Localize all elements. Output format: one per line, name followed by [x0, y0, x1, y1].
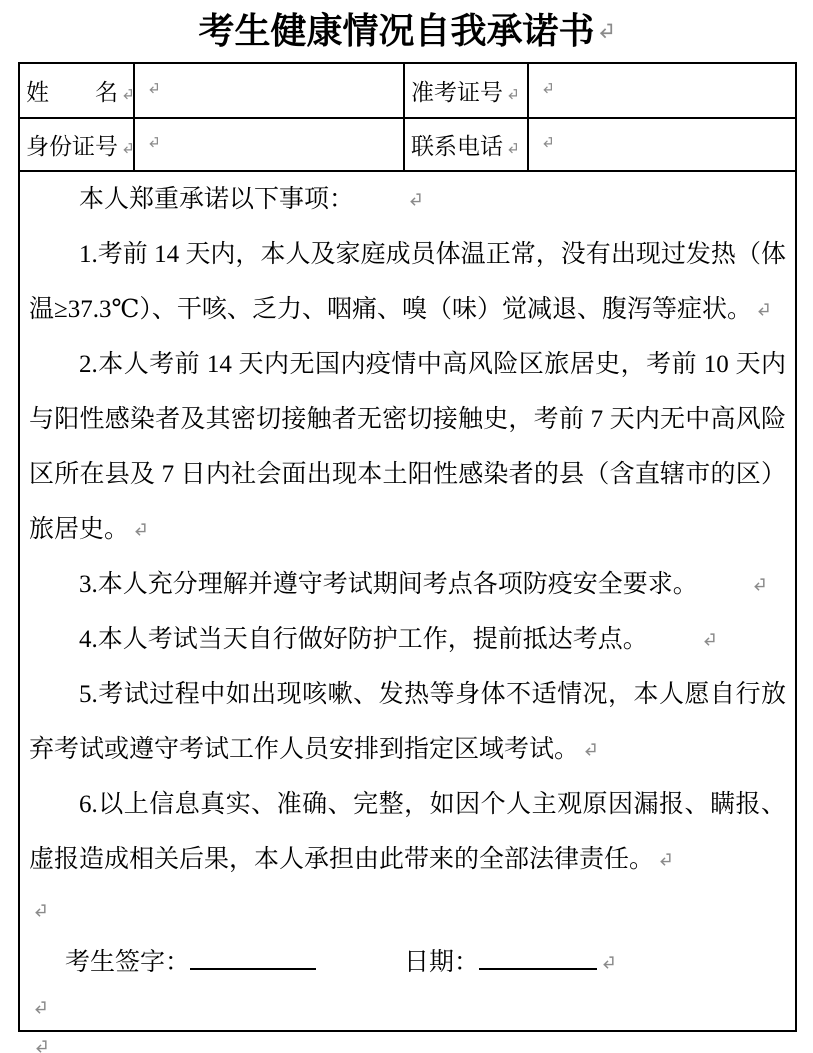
body-line: 温≥37.3℃）、干咳、乏力、咽痛、嗅（味）觉减退、腹泻等症状。 [29, 282, 786, 337]
empty-paragraph [29, 887, 786, 935]
paragraph-mark-icon [540, 136, 554, 149]
commitment-paragraphs: 本人郑重承诺以下事项：1.考前 14 天内，本人及家庭成员体温正常，没有出现过发… [29, 172, 786, 887]
body-line: 3.本人充分理解并遵守考试期间考点各项防疫安全要求。 [29, 557, 786, 612]
paragraph-mark-icon [31, 1000, 48, 1015]
body-line: 本人郑重承诺以下事项： [29, 172, 786, 227]
body-line: 与阳性感染者及其密切接触者无密切接触史，考前 7 天内无中高风险 [29, 392, 786, 447]
body-line: 虚报造成相关后果，本人承担由此带来的全部法律责任。 [29, 832, 786, 887]
id-number-value-cell[interactable] [134, 118, 404, 171]
body-line: 4.本人考试当天自行做好防护工作，提前抵达考点。 [29, 612, 786, 667]
body-line: 区所在县及 7 日内社会面出现本土阳性感染者的县（含直辖市的区） [29, 447, 786, 502]
name-label: 姓 名 [26, 80, 118, 105]
paragraph-mark-icon [700, 577, 717, 592]
paragraph-mark-icon [120, 88, 134, 101]
info-table: 姓 名 准考证号 身份证号 联系电话 本人郑重承诺以下事项：1.考前 14 天内… [18, 62, 797, 1032]
paragraph-mark-icon [540, 82, 554, 95]
document-page: 考生健康情况自我承诺书 姓 名 准考证号 身份证号 联系电话 本人郑重承诺以下事… [0, 0, 813, 1053]
body-line: 2.本人考前 14 天内无国内疫情中高风险区旅居史，考前 10 天内 [29, 337, 786, 392]
id-number-label: 身份证号 [26, 134, 118, 159]
admission-no-label-cell: 准考证号 [404, 63, 528, 118]
body-line: 1.考前 14 天内，本人及家庭成员体温正常，没有出现过发热（体 [29, 227, 786, 282]
trailing-paragraph [30, 1039, 813, 1053]
signature-blank[interactable] [190, 965, 316, 970]
name-value-cell[interactable] [134, 63, 404, 118]
paragraph-mark-icon [356, 192, 373, 207]
date-blank[interactable] [479, 965, 597, 970]
name-label-cell: 姓 名 [19, 63, 134, 118]
paragraph-mark-icon [32, 1039, 49, 1053]
empty-paragraph [29, 990, 786, 1030]
phone-value-cell[interactable] [528, 118, 796, 171]
paragraph-mark-icon [656, 852, 673, 867]
id-number-label-cell: 身份证号 [19, 118, 134, 171]
date-label: 日期： [404, 949, 479, 976]
paragraph-mark-icon [599, 955, 616, 970]
paragraph-mark-icon [650, 632, 667, 647]
paragraph-mark-icon [146, 136, 160, 149]
paragraph-mark-icon [581, 742, 598, 757]
paragraph-mark-icon [131, 522, 148, 537]
title-row: 考生健康情况自我承诺书 [0, 0, 813, 62]
body-line: 5.考试过程中如出现咳嗽、发热等身体不适情况，本人愿自行放 [29, 667, 786, 722]
body-line: 旅居史。 [29, 502, 786, 557]
paragraph-mark-icon [595, 22, 615, 40]
paragraph-mark-icon [31, 903, 48, 918]
paragraph-mark-icon [505, 88, 519, 101]
phone-label: 联系电话 [411, 134, 503, 159]
body-line: 弃考试或遵守考试工作人员安排到指定区域考试。 [29, 722, 786, 777]
signature-row: 考生签字：日期： [29, 935, 786, 990]
admission-no-value-cell[interactable] [528, 63, 796, 118]
paragraph-mark-icon [146, 82, 160, 95]
admission-no-label: 准考证号 [411, 80, 503, 105]
paragraph-mark-icon [120, 142, 134, 155]
phone-label-cell: 联系电话 [404, 118, 528, 171]
signature-label: 考生签字： [65, 949, 190, 976]
paragraph-mark-icon [754, 302, 771, 317]
page-title: 考生健康情况自我承诺书 [198, 13, 594, 49]
commitment-body-cell: 本人郑重承诺以下事项：1.考前 14 天内，本人及家庭成员体温正常，没有出现过发… [19, 171, 796, 1031]
body-line: 6.以上信息真实、准确、完整，如因个人主观原因漏报、瞒报、 [29, 777, 786, 832]
paragraph-mark-icon [505, 142, 519, 155]
